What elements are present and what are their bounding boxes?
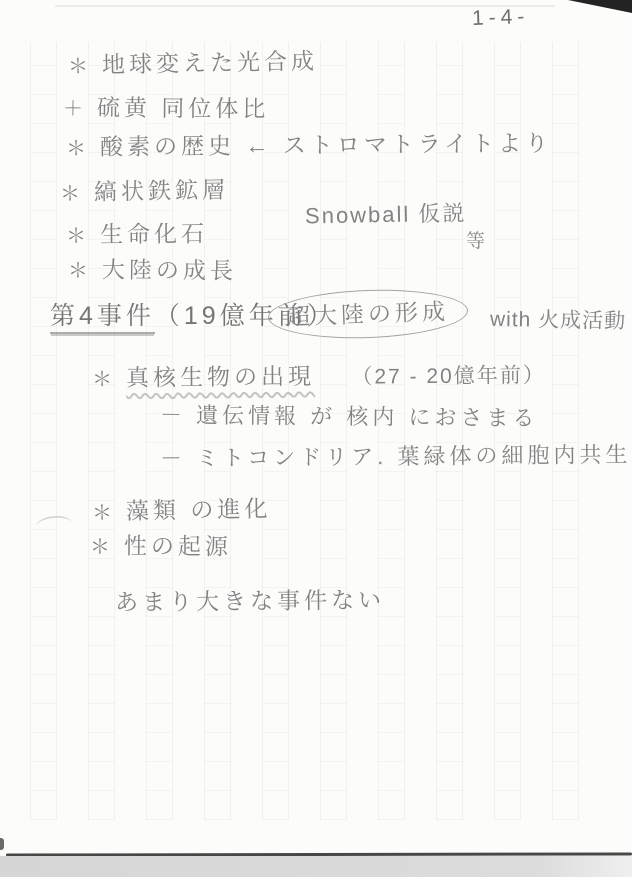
note-subline-genetic-info: － 遺伝情報 が 核内 におさまる (160, 398, 539, 432)
plus-bullet-icon: ＋ (63, 92, 87, 121)
asterisk-bullet-icon: ＊ (66, 132, 90, 161)
asterisk-bullet-icon: ＊ (60, 177, 85, 206)
heading-suffix-text: with 火成活動 (490, 308, 627, 333)
note-line-origin-of-sex: ＊性の起源 (90, 527, 232, 561)
subline-text: － ミトコンドリア. 葉緑体の細胞内共生 (160, 442, 632, 471)
note-text: 大陸の成長 (102, 257, 237, 284)
note-text: 縞状鉄鉱層 (94, 177, 229, 205)
note-text: 地球変えた光合成 (102, 48, 318, 78)
closing-note: あまり大きな事件ない (115, 582, 385, 617)
note-text: 生命化石 (100, 220, 208, 247)
note-text: 硫黄 同位体比 (97, 94, 270, 122)
page-number: 1-4- (472, 5, 530, 31)
note-line-banded-iron: ＊縞状鉄鉱層 (60, 172, 230, 208)
asterisk-bullet-icon: ＊ (92, 496, 117, 525)
asterisk-bullet-icon: ＊ (68, 50, 93, 79)
scan-bottom-strip (0, 856, 632, 877)
note-line-life-fossil: ＊生命化石 (66, 215, 208, 249)
side-note-text: Snowball 仮説 (305, 201, 467, 229)
scan-corner-artifact (568, 0, 632, 13)
note-line-eukaryote: ＊真核生物の出現 （27 - 20億年前） (92, 356, 546, 393)
asterisk-bullet-icon: ＊ (92, 363, 116, 392)
note-line-photosynthesis: ＊地球変えた光合成 (68, 43, 319, 80)
note-subline-endosymbiosis: － ミトコンドリア. 葉緑体の細胞内共生 (160, 438, 632, 473)
scan-edge-mark (0, 838, 4, 850)
note-line-oxygen-history: ＊酸素の歴史 ← ストロマトライトより (66, 125, 552, 162)
note-text: 性の起源 (124, 533, 232, 560)
circled-annotation: 超大陸の形成 (268, 290, 468, 338)
heading-suffix: with 火成活動 (490, 303, 627, 335)
asterisk-bullet-icon: ＊ (68, 254, 92, 283)
eukaryote-date-paren: （27 - 20億年前） (351, 364, 546, 389)
side-note-text: 等 (466, 231, 487, 252)
note-text: 藻類 の進化 (126, 495, 272, 524)
note-line-continent-growth: ＊大陸の成長 (68, 251, 237, 285)
note-text: 酸素の歴史 ← ストロマトライトより (100, 130, 552, 160)
circled-text: 超大陸の形成 (267, 287, 469, 342)
side-note-etc: 等 (466, 226, 487, 253)
eukaryote-main-text: 真核生物の出現 (126, 363, 315, 391)
note-line-algae-evolution: ＊藻類 の進化 (92, 490, 272, 526)
scanned-note-page: 1-4- ＊地球変えた光合成 ＋硫黄 同位体比 ＊酸素の歴史 ← ストロマトライ… (0, 0, 632, 877)
side-note-snowball: Snowball 仮説 (305, 197, 467, 231)
asterisk-bullet-icon: ＊ (66, 219, 90, 248)
closing-note-text: あまり大きな事件ない (115, 587, 385, 615)
note-line-sulfur-isotope: ＋硫黄 同位体比 (63, 89, 270, 124)
heading-underlined: 第4事件 (50, 302, 155, 334)
asterisk-bullet-icon: ＊ (90, 530, 114, 559)
subline-text: － 遺伝情報 が 核内 におさまる (160, 402, 539, 430)
